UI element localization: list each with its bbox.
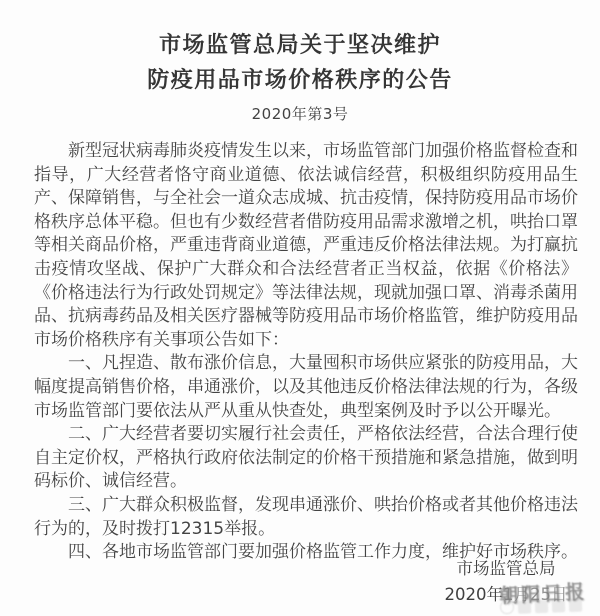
- announcement-document: 市场监管总局关于坚决维护 防疫用品市场价格秩序的公告 2020年第3号 新型冠状…: [0, 0, 600, 616]
- paragraph-item-1: 一、凡捏造、散布涨价信息，大量囤积市场供应紧张的防疫用品，大幅度提高销售价格，串…: [34, 352, 578, 423]
- document-body: 新型冠状病毒肺炎疫情发生以来，市场监管部门加强价格监督检查和指导，广大经营者恪守…: [34, 140, 578, 565]
- signature-date-visible: 2020年: [445, 585, 504, 604]
- signature-date-obscured: 1月25日: [503, 585, 568, 604]
- paragraph-item-3: 三、广大群众积极监督，发现串通涨价、哄抬价格或者其他价格违法行为的，及时拨打12…: [34, 494, 578, 541]
- paragraph-intro: 新型冠状病毒肺炎疫情发生以来，市场监管部门加强价格监督检查和指导，广大经营者恪守…: [34, 140, 578, 352]
- title-line-1: 市场监管总局关于坚决维护: [0, 28, 600, 63]
- document-title: 市场监管总局关于坚决维护 防疫用品市场价格秩序的公告 2020年第3号: [0, 0, 600, 124]
- signature-agency: 市场监管总局: [420, 556, 592, 582]
- document-number: 2020年第3号: [0, 103, 600, 124]
- signature-date: 2020年1月25日: [420, 582, 592, 608]
- title-line-2: 防疫用品市场价格秩序的公告: [0, 63, 600, 98]
- signature-block: 市场监管总局 2020年1月25日: [420, 556, 592, 608]
- paragraph-item-2: 二、广大经营者要切实履行社会责任，严格依法经营，合法合理行使自主定价权，严格执行…: [34, 423, 578, 494]
